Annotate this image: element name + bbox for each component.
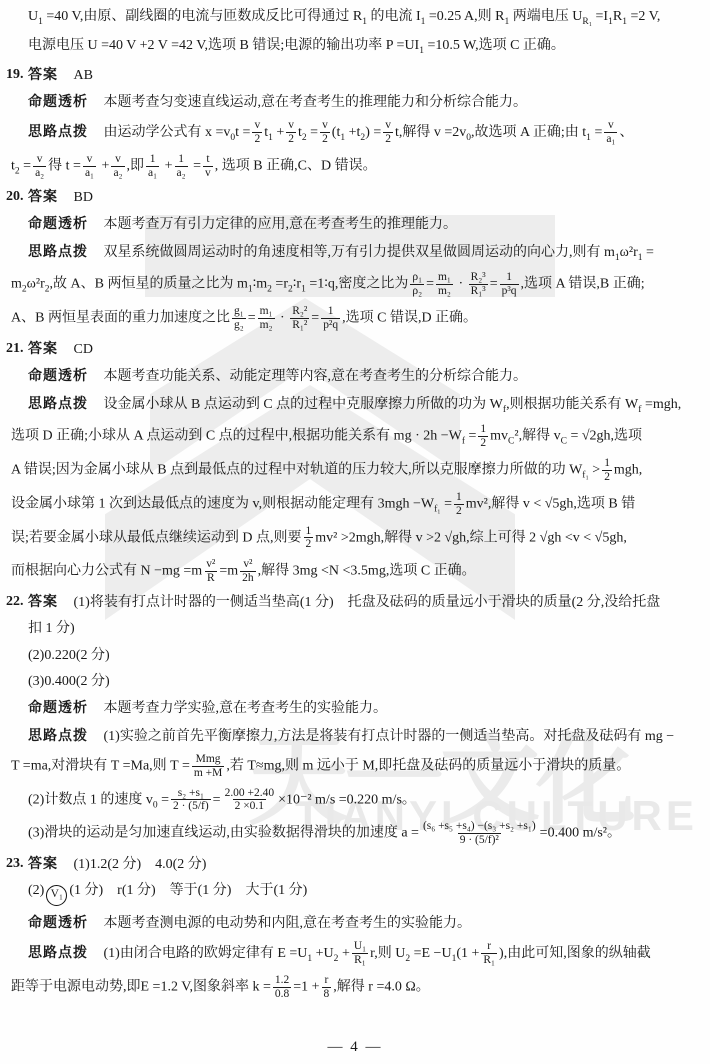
intro-line: 电源电压 U =40 V +2 V =42 V,选项 B 错误;电源的输出功率 … [6,36,704,58]
hint-label: 思路点拨 [28,123,88,139]
answer-label: 答案 [28,855,58,871]
q19-hint-row: 思路点拨 由运动学公式有 x =v0t =v2t1 +v2t2 =v2(t1 +… [6,119,704,146]
q20-analysis-row: 命题透析 本题考查万有引力定律的应用,意在考查考生的推理能力。 [6,214,704,234]
q21-analysis-row: 命题透析 本题考查功能关系、动能定理等内容,意在考查考生的分析综合能力。 [6,366,704,386]
q21-hint-continuation: A 错误;因为金属小球从 B 点到最低点的过程中对轨道的压力较大,所以克服摩擦力… [6,457,704,484]
q23-answer-item: (2)V₁(1 分) r(1 分) 等于(1 分) 大于(1 分) [6,881,704,905]
answer-item-prefix: (2) [28,883,44,898]
q22-answer-continuation: 扣 1 分) [6,619,704,638]
hint-text: (1)由闭合电路的欧姆定律有 E =U1 +U2 +U₁R₁r,则 U2 =E … [104,946,651,961]
q19-hint-continuation: t2 =va₂得 t =va₁ +va₂,即1a₁ +1a₂ =tv, 选项 B… [6,153,704,180]
q21-hint-row: 思路点拨 设金属小球从 B 点运动到 C 点的过程中克服摩擦力所做的功为 Wf,… [6,394,704,417]
answer-item-text: (1 分) r(1 分) 等于(1 分) 大于(1 分) [69,883,307,898]
q21-hint-continuation: 选项 D 正确;小球从 A 点运动到 C 点的过程中,根据功能关系有 mg · … [6,423,704,450]
analysis-text: 本题考查匀变速直线运动,意在考查考生的推理能力和分析综合能力。 [104,95,528,110]
q22-hint-continuation: T =ma,对滑块有 T =Ma,则 T =Mmgm +M,若 T≈mg,则 m… [6,753,704,780]
answer-label: 答案 [28,340,58,356]
hint-text: (1)实验之前首先平衡摩擦力,方法是将装有打点计时器的一侧适当垫高。对托盘及砝码… [104,729,675,744]
q21-hint-continuation: 而根据向心力公式有 N −mg =mv²R=mv²2h,解得 3mg <N <3… [6,558,704,585]
q23-analysis-row: 命题透析 本题考查测电源的电动势和内阻,意在考查考生的实验能力。 [6,913,704,933]
q22-hint-item: (3)滑块的运动是匀加速直线运动,由实验数据得滑块的加速度 a =(s₆ +s₅… [6,820,704,847]
question-number: 23. [6,854,24,873]
analysis-label: 命题透析 [28,367,88,383]
answer-value: (1)将装有打点计时器的一侧适当垫高(1 分) 托盘及砝码的质量远小于滑块的质量… [74,595,661,610]
q23-hint-continuation: 距等于电源电动势,即E =1.2 V,图象斜率 k =1.20.8=1 +r8,… [6,974,704,1001]
analysis-label: 命题透析 [28,93,88,109]
q22-answer-row: 22. 答案 (1)将装有打点计时器的一侧适当垫高(1 分) 托盘及砝码的质量远… [6,592,704,612]
question-number: 22. [6,592,24,611]
q22-hint-item: (2)计数点 1 的速度 v0 =s₂ +s₁2 · (5/f)=2.00 +2… [6,787,704,814]
answer-value: (1)1.2(2 分) 4.0(2 分) [74,857,207,872]
answer-label: 答案 [28,188,58,204]
q20-hint-continuation: A、B 两恒星表面的重力加速度之比g₁g₂=m₁m₂ · R₂²R₁²=1p²q… [6,305,704,332]
analysis-label: 命题透析 [28,215,88,231]
question-number: 19. [6,65,24,84]
q22-answer-item: (2)0.220(2 分) [6,646,704,665]
hint-label: 思路点拨 [28,243,88,259]
q19-answer-row: 19. 答案 AB [6,65,704,85]
question-number: 20. [6,187,24,206]
analysis-text: 本题考查力学实验,意在考查考生的实验能力。 [104,701,388,716]
q20-answer-row: 20. 答案 BD [6,187,704,207]
intro-line: U1 =40 V,由原、副线圈的电流与匝数成反比可得通过 R1 的电流 I1 =… [6,7,704,29]
hint-label: 思路点拨 [28,395,88,411]
analysis-label: 命题透析 [28,914,88,930]
answer-label: 答案 [28,593,58,609]
q23-answer-row: 23. 答案 (1)1.2(2 分) 4.0(2 分) [6,854,704,874]
answer-value: AB [74,68,93,83]
q20-hint-continuation: m2ω²r2,故 A、B 两恒星的质量之比为 m1∶m2 =r2∶r1 =1∶q… [6,271,704,298]
hint-label: 思路点拨 [28,727,88,743]
hint-text: 由运动学公式有 x =v0t =v2t1 +v2t2 =v2(t1 +t2) =… [104,125,634,140]
q22-hint-row: 思路点拨 (1)实验之前首先平衡摩擦力,方法是将装有打点计时器的一侧适当垫高。对… [6,726,704,746]
voltmeter-icon: V₁ [46,885,67,906]
page-number: — 4 — [0,1039,710,1056]
hint-text: 双星系统做圆周运动时的角速度相等,万有引力提供双星做圆周运动的向心力,则有 m1… [104,245,654,260]
q21-answer-row: 21. 答案 CD [6,339,704,359]
q21-hint-continuation: 设金属小球第 1 次到达最低点的速度为 v,则根据动能定理有 3mgh −Wf₁… [6,491,704,518]
document-body: U1 =40 V,由原、副线圈的电流与匝数成反比可得通过 R1 的电流 I1 =… [0,0,710,1001]
analysis-text: 本题考查测电源的电动势和内阻,意在考查考生的实验能力。 [104,916,472,931]
hint-label: 思路点拨 [28,944,88,960]
q22-analysis-row: 命题透析 本题考查力学实验,意在考查考生的实验能力。 [6,698,704,718]
answer-label: 答案 [28,66,58,82]
q20-hint-row: 思路点拨 双星系统做圆周运动时的角速度相等,万有引力提供双星做圆周运动的向心力,… [6,242,704,265]
answer-sheet-page: 天一文化 TIANYI CULTURE U1 =40 V,由原、副线圈的电流与匝… [0,0,710,1064]
q23-hint-row: 思路点拨 (1)由闭合电路的欧姆定律有 E =U1 +U2 +U₁R₁r,则 U… [6,940,704,967]
analysis-text: 本题考查功能关系、动能定理等内容,意在考查考生的分析综合能力。 [104,369,528,384]
q21-hint-continuation: 误;若要金属小球从最低点继续运动到 D 点,则要12mv² >2mgh,解得 v… [6,525,704,552]
q22-answer-item: (3)0.400(2 分) [6,672,704,691]
answer-value: BD [74,190,93,205]
analysis-text: 本题考查万有引力定律的应用,意在考查考生的推理能力。 [104,217,458,232]
hint-text: 设金属小球从 B 点运动到 C 点的过程中克服摩擦力所做的功为 Wf,则根据功能… [104,397,682,412]
q19-analysis-row: 命题透析 本题考查匀变速直线运动,意在考查考生的推理能力和分析综合能力。 [6,92,704,112]
analysis-label: 命题透析 [28,699,88,715]
answer-value: CD [74,342,93,357]
question-number: 21. [6,339,24,358]
